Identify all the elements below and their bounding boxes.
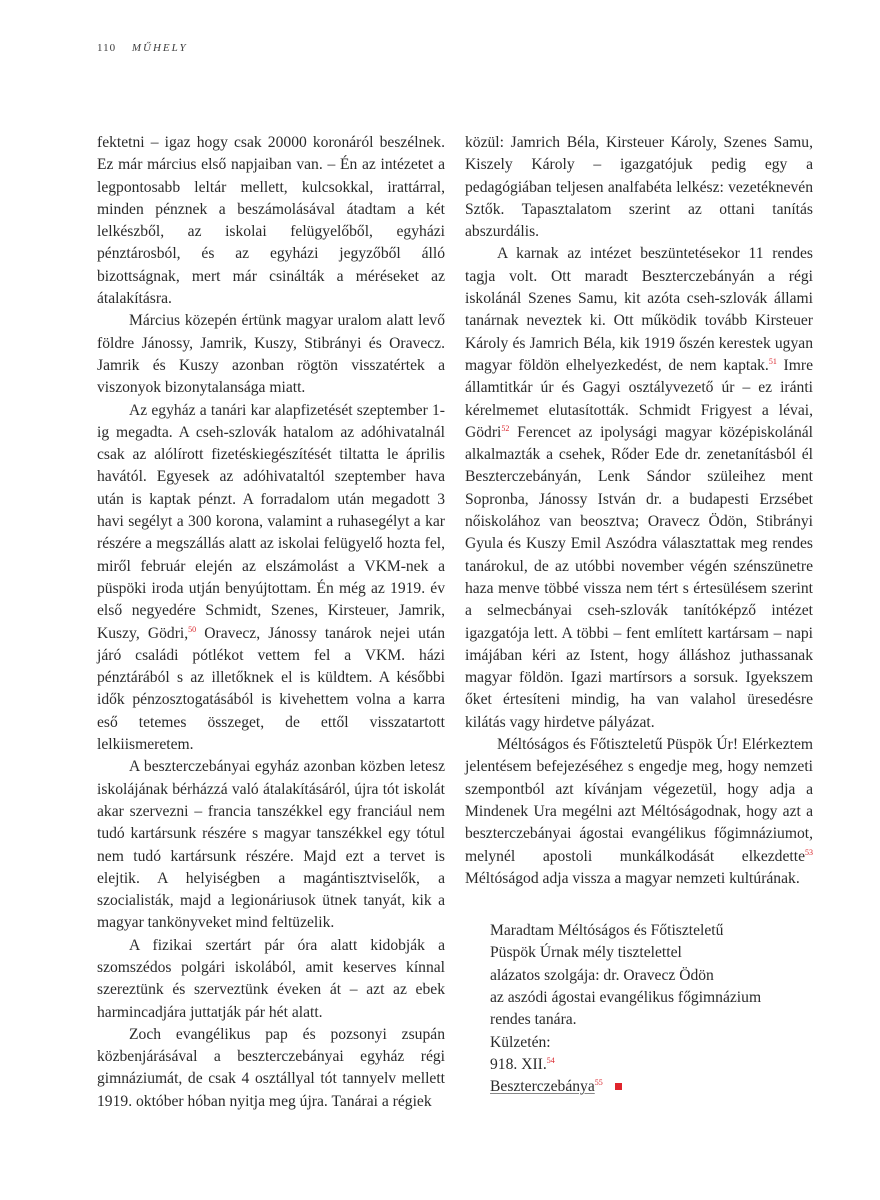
paragraph-text: Méltóságod adja vissza a magyar nemzeti … (465, 870, 800, 887)
running-head: 110 MŰHELY (97, 42, 188, 54)
footnote-ref-50[interactable]: 50 (188, 625, 196, 634)
footnote-ref-51[interactable]: 51 (769, 357, 777, 366)
left-column: fektetni – igaz hogy csak 20000 koronáró… (97, 132, 445, 1113)
closing-line: Püspök Úrnak mély tisztelettel (490, 942, 813, 964)
closing-date: 918. XII.54 (490, 1054, 813, 1076)
date-text: 918. XII. (490, 1056, 547, 1073)
end-of-article-mark-icon (615, 1083, 622, 1090)
paragraph: A fizikai szertárt pár óra alatt kidobjá… (97, 935, 445, 1024)
letter-closing: Maradtam Méltóságos és Főtiszteletű Püsp… (465, 920, 813, 1098)
paragraph-text: Méltóságos és Főtiszteletű Püspök Úr! El… (465, 736, 813, 864)
paragraph-text: Az egyház a tanári kar alapfizetését sze… (97, 402, 445, 642)
closing-line: az aszódi ágostai evangélikus főgimnáziu… (490, 987, 813, 1009)
paragraph: fektetni – igaz hogy csak 20000 koronáró… (97, 132, 445, 310)
closing-place: Beszterczebánya55 (490, 1076, 813, 1098)
paragraph: Méltóságos és Főtiszteletű Püspök Úr! El… (465, 734, 813, 890)
page-number: 110 (97, 42, 116, 54)
closing-line: Külzetén: (490, 1032, 813, 1054)
right-column: közül: Jamrich Béla, Kirsteuer Károly, S… (465, 132, 813, 1098)
place-link[interactable]: Beszterczebánya (490, 1078, 595, 1095)
paragraph-text: Ferencet az ipolysági magyar középiskolá… (465, 424, 813, 731)
paragraph: A karnak az intézet beszüntetésekor 11 r… (465, 243, 813, 734)
closing-line: alázatos szolgája: dr. Oravecz Ödön (490, 965, 813, 987)
paragraph-text: A karnak az intézet beszüntetésekor 11 r… (465, 245, 813, 373)
footnote-ref-53[interactable]: 53 (805, 848, 813, 857)
journal-title: MŰHELY (132, 42, 188, 54)
footnote-ref-54[interactable]: 54 (547, 1056, 555, 1065)
paragraph: Március közepén értünk magyar uralom ala… (97, 310, 445, 399)
paragraph: Zoch evangélikus pap és pozsonyi zsupán … (97, 1024, 445, 1113)
paragraph: Az egyház a tanári kar alapfizetését sze… (97, 400, 445, 757)
paragraph: közül: Jamrich Béla, Kirsteuer Károly, S… (465, 132, 813, 243)
paragraph-text: Oravecz, Jánossy tanárok nejei után járó… (97, 625, 445, 753)
closing-line: rendes tanára. (490, 1009, 813, 1031)
footnote-ref-55[interactable]: 55 (595, 1078, 603, 1087)
paragraph: A beszterczebányai egyház azonban közben… (97, 756, 445, 934)
closing-line: Maradtam Méltóságos és Főtiszteletű (490, 920, 813, 942)
